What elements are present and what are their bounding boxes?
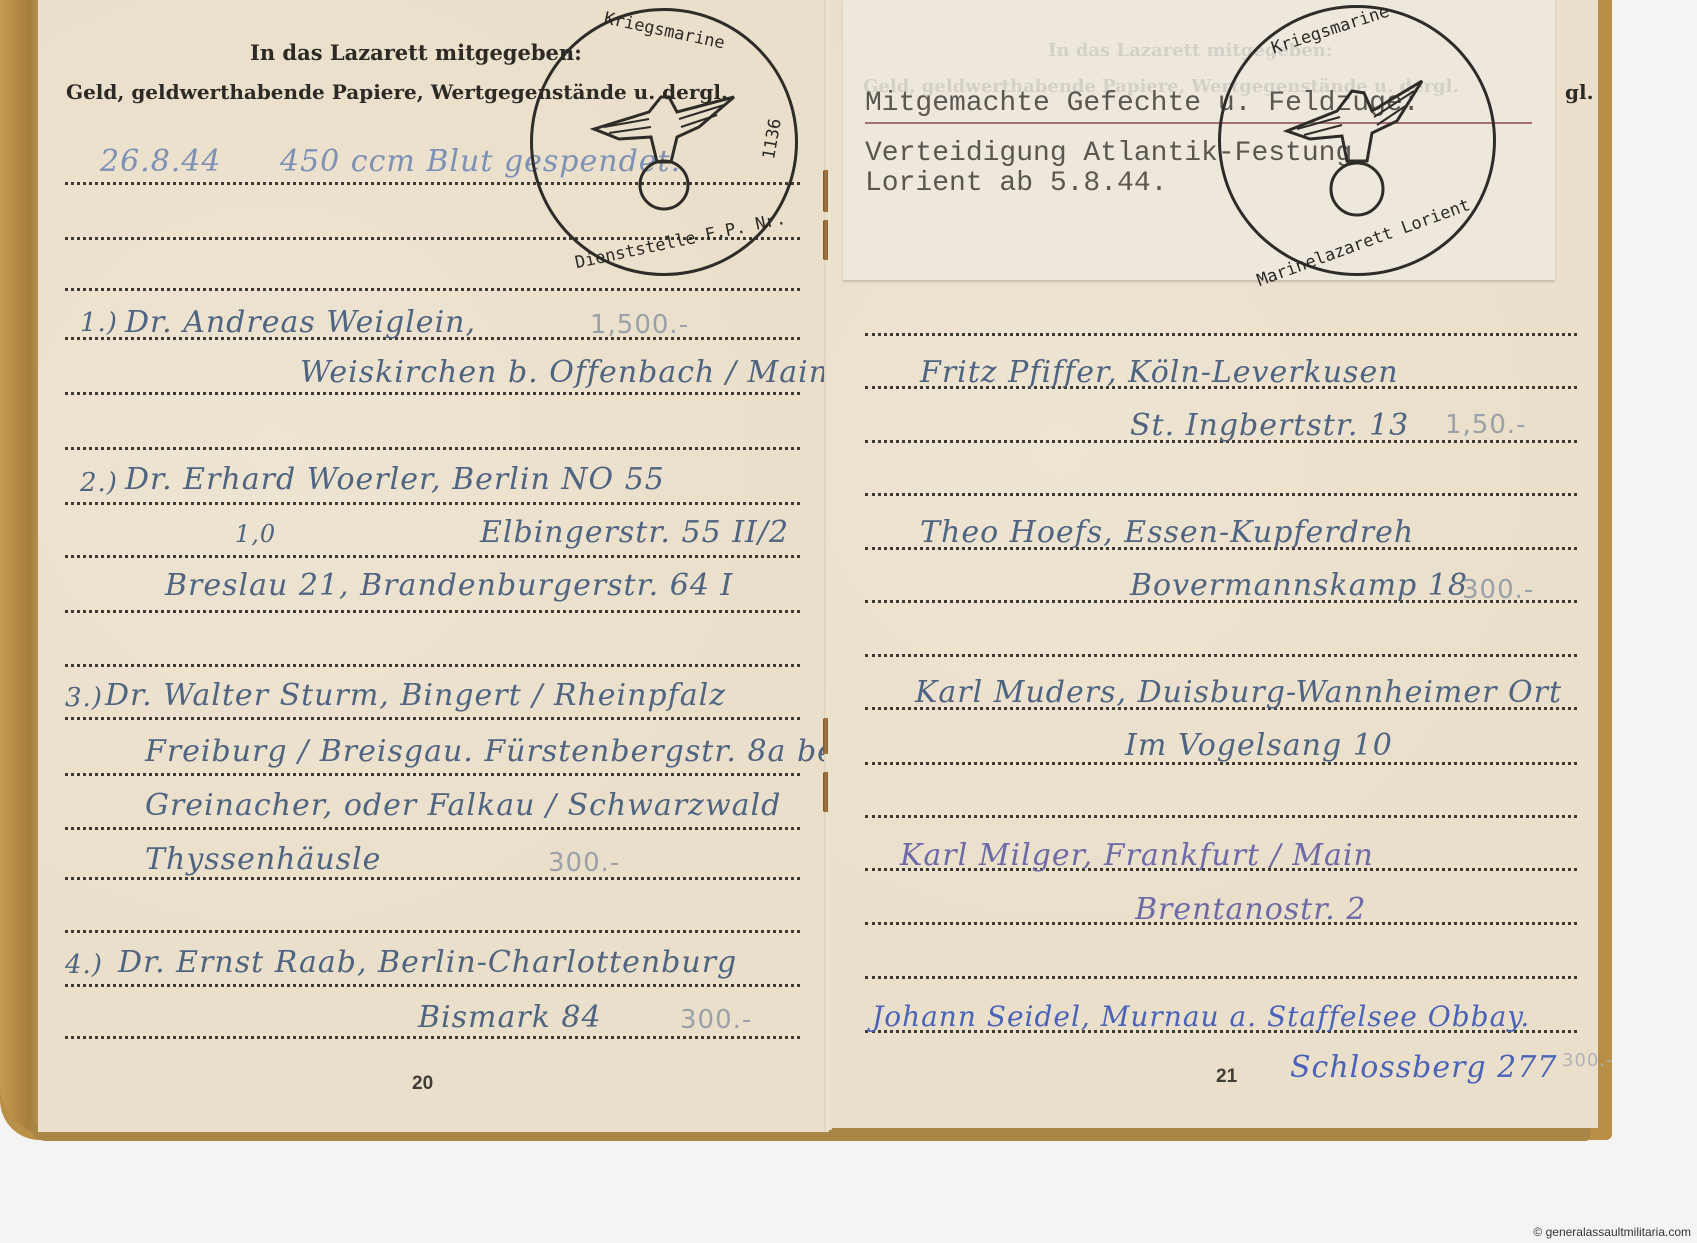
entry-2-address-2: Breslau 21, Brandenburgerstr. 64 I [165,568,733,603]
ruled-line [65,827,800,830]
ruled-line [865,654,1577,657]
right-entry-3-address: Im Vogelsang 10 [1125,728,1393,763]
entry-2-number: 2.) [80,468,118,498]
right-entry-2-address: Bovermannskamp 18 [1130,568,1468,603]
ruled-line [865,493,1577,496]
right-entry-1-name: Fritz Pfiffer, Köln-Leverkusen [920,355,1399,390]
kriegsmarine-stamp-left: Kriegsmarine 1136 Dienststelle F.P. Nr. [530,8,798,276]
ruled-line [65,664,800,667]
entry-4-number: 4.) [65,950,103,980]
entry-3-amount: 300.- [548,848,620,878]
copyright-watermark: © generalassaultmilitaria.com [1533,1225,1691,1239]
heading-tail-fragment: gl. [1565,80,1594,104]
entry-3-address-2: Greinacher, oder Falkau / Schwarzwald [145,788,781,823]
stamp-top-text: Kriegsmarine [602,8,726,53]
entry-2-side-note: 1,0 [235,520,276,548]
ruled-line [65,1036,800,1039]
right-entry-4-name: Karl Milger, Frankfurt / Main [900,838,1374,873]
ruled-line [65,392,800,395]
entry-1-name: Dr. Andreas Weiglein, [125,305,476,340]
stamp-side-text: 1136 [759,117,786,161]
ruled-line [865,333,1577,336]
ruled-line [65,930,800,933]
entry-4-amount: 300.- [680,1005,752,1035]
eagle-icon [1282,61,1432,221]
ruled-line [65,447,800,450]
entry-4-name: Dr. Ernst Raab, Berlin-Charlottenburg [118,945,737,980]
first-entry-date: 26.8.44 [100,144,222,179]
right-entry-5-amount: 300.- [1562,1050,1614,1071]
entry-2-address: Elbingerstr. 55 II/2 [480,515,789,550]
entry-2-name: Dr. Erhard Woerler, Berlin NO 55 [125,462,665,497]
slip-line-2: Lorient ab 5.8.44. [865,168,1167,199]
right-entry-2-name: Theo Hoefs, Essen-Kupferdreh [920,515,1414,550]
marinelazarett-stamp-right: Kriegsmarine Marinelazarett Lorient [1218,5,1496,276]
page-number-right: 21 [1216,1066,1237,1088]
right-entry-1-address: St. Ingbertstr. 13 [1130,408,1409,443]
entry-4-address: Bismark 84 [418,1000,602,1035]
ruled-line [65,502,800,505]
ruled-line [65,555,800,558]
right-entry-5-name: Johann Seidel, Murnau a. Staffelsee Obba… [872,1000,1530,1033]
right-entry-1-amount: 1,50.- [1445,410,1527,440]
entry-3-number: 3.) [65,683,103,713]
entry-1-number: 1.) [80,308,118,338]
entry-3-address-3: Thyssenhäusle [145,842,381,877]
eagle-icon [589,67,739,217]
ruled-line [65,288,800,291]
ruled-line [865,815,1577,818]
page-number-left: 20 [412,1073,433,1095]
ruled-line [65,610,800,613]
ruled-line [65,773,800,776]
ruled-line [65,984,800,987]
entry-1-address: Weiskirchen b. Offenbach / Main [300,355,829,390]
entry-3-name: Dr. Walter Sturm, Bingert / Rheinpfalz [105,678,726,713]
right-entry-3-name: Karl Muders, Duisburg-Wannheimer Ort [915,675,1562,710]
ruled-line [65,877,800,880]
right-entry-2-amount: 300.- [1462,575,1534,605]
right-entry-5-address: Schlossberg 277 [1290,1050,1557,1085]
left-heading-line1: In das Lazarett mitgegeben: [250,40,582,65]
entry-1-amount: 1,500.- [590,310,689,340]
right-entry-4-address: Brentanostr. 2 [1135,892,1366,927]
ruled-line [65,717,800,720]
ruled-line [865,976,1577,979]
entry-3-address-1: Freiburg / Breisgau. Fürstenbergstr. 8a … [145,734,847,769]
